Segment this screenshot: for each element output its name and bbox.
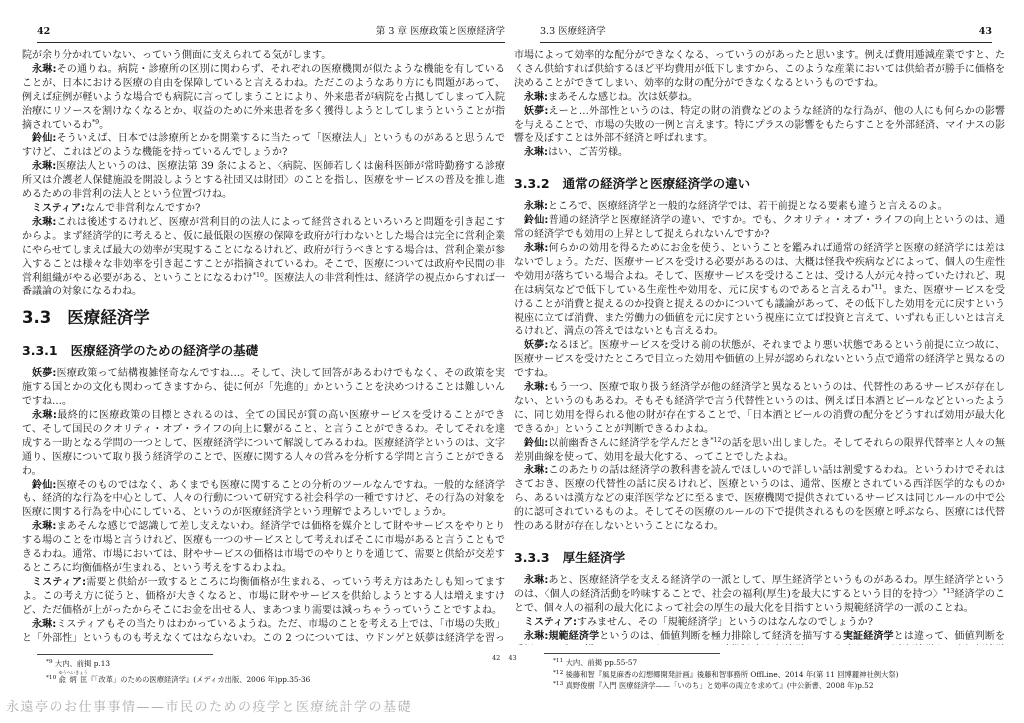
footnotes: *9 大内、前掲 p.13*10 兪 炳 匡ゆうへいきょう『「改革」のための医療… [22, 654, 505, 685]
footnote-mark: *12 [553, 670, 563, 676]
paragraph: 市場によって効率的な配分ができなくなる、っていうのがあったと思います。例えば費用… [514, 49, 1005, 91]
footnote-mark: *9 [46, 659, 53, 665]
speaker-name: 永琳 [524, 631, 544, 642]
footnote: *11 大内、前掲 pp.55-57 [544, 657, 1005, 669]
gutter-page-mark: 42 43 [492, 654, 517, 662]
footnotes: *11 大内、前掲 pp.55-57*12 後藤和智『風見麻香の幻想郷開発計画』… [514, 653, 1005, 692]
section-number: 3.3.2 [514, 176, 550, 191]
dialogue-paragraph: 鈴仙:以前幽香さんに経済学を学んだとき*12の話を思い出しました。そしてそれらの… [514, 437, 1005, 465]
page-42: 42 第 3 章 医療政策と医療経済学 院が余り分かれていない、っていう側面に支… [22, 26, 505, 645]
speaker-name: 永琳 [32, 521, 52, 532]
page-body: 市場によって効率的な配分ができなくなる、っていうのがあったと思います。例えば費用… [514, 49, 1005, 645]
paragraph: 院が余り分かれていない、っていう側面に支えられてる気がします。 [22, 49, 505, 63]
speaker-name: 鈴仙 [32, 133, 52, 144]
dialogue-paragraph: 永琳:あと、医療経済学を支える経済学の一派として、厚生経済学というものがあるわ。… [514, 574, 1005, 616]
section-heading: 3.3.1医療経済学のための経済学の基礎 [22, 343, 505, 358]
dialogue-paragraph: 永琳:はい、ご苦労様。 [514, 146, 1005, 160]
section-heading: 3.3.3厚生経済学 [514, 550, 1005, 565]
dialogue-paragraph: ミスティア:なんで非営利なんですか? [22, 202, 505, 216]
dialogue-paragraph: 永琳:もう一つ、医療で取り扱う経済学が他の経済学と異なるというのは、代替性のある… [514, 381, 1005, 437]
page-number: 42 [37, 26, 50, 38]
footer-book-title: 永遠亭のお仕事事情——市民のための疫学と医療統計学の基礎 [6, 696, 412, 715]
footnote: *9 大内、前掲 p.13 [37, 658, 505, 670]
speaker-name: 永琳 [524, 201, 544, 212]
section-number: 3.3.3 [514, 550, 550, 565]
dialogue-paragraph: 永琳:その通りね。病院・診療所の区別に関わらず、それぞれの医療機関が似たような機… [22, 63, 505, 133]
footnote-rule [544, 653, 720, 654]
speaker-name: ミスティア [32, 577, 82, 588]
speaker-name: 永琳 [32, 161, 52, 172]
page-43: 3.3 医療経済学 43 市場によって効率的な配分ができなくなる、っていうのがあ… [514, 26, 1005, 645]
page-header: 42 第 3 章 医療政策と医療経済学 [37, 26, 505, 43]
footnote-mark: *11 [553, 658, 563, 664]
speaker-name: 妖夢 [524, 106, 544, 117]
running-head: 第 3 章 医療政策と医療経済学 [376, 26, 505, 38]
speaker-name: 永琳 [32, 410, 53, 421]
dialogue-paragraph: 妖夢:えーと…外部性というのは、特定の財の消費などのような経済的な行為が、他の人… [514, 105, 1005, 147]
dialogue-paragraph: 永琳:まあそんな感じね。次は妖夢ね。 [514, 91, 1005, 105]
speaker-name: 永琳 [524, 92, 544, 103]
page-header: 3.3 医療経済学 43 [540, 26, 992, 43]
dialogue-paragraph: 永琳:規範経済学というのは、価値判断を極力排除して経済を描写する実証経済学とは違… [514, 630, 1005, 645]
speaker-name: 永琳 [32, 217, 52, 228]
dialogue-paragraph: 永琳:このあたりの話は経済学の教科書を読んでほしいので詳しい話は割愛するわね。と… [514, 464, 1005, 534]
dialogue-paragraph: 永琳:ところで、医療経済学と一般的な経済学では、若干前提となる要素も違うと言える… [514, 200, 1005, 214]
speaker-name: 鈴仙 [524, 215, 544, 226]
speaker-name: 永琳 [524, 575, 544, 586]
dialogue-paragraph: 永琳:最終的に医療政策の目標とされるのは、全ての国民が質の高い医療サービスを受け… [22, 409, 505, 479]
section-number: 3.3 [22, 308, 51, 327]
dialogue-paragraph: 鈴仙:医療そのものではなく、あくまでも医療に関することの分析のツールなんですね。… [22, 479, 505, 521]
dialogue-paragraph: 永琳:これは後述するけれど、医療が営利目的の法人によって経営されるといろいろと問… [22, 216, 505, 299]
footnote-rule [37, 654, 213, 655]
footnote: *10 兪 炳 匡ゆうへいきょう『「改革」のための医療経済学』(メディカ出版、2… [37, 670, 505, 686]
running-head: 3.3 医療経済学 [540, 26, 606, 38]
speaker-name: 鈴仙 [32, 480, 52, 491]
dialogue-paragraph: 鈴仙:普通の経済学と医療経済学の違い、ですか。でも、クオリティ・オブ・ライフの向… [514, 214, 1005, 242]
speaker-name: ミスティア [32, 203, 81, 214]
dialogue-paragraph: 妖夢:医療政策って結構複雑怪奇なんですね…。そして、決して回答があるわけでもなく… [22, 367, 505, 409]
speaker-name: 鈴仙 [524, 438, 544, 449]
section-title: 通常の経済学と医療経済学の違い [563, 176, 751, 191]
speaker-name: 妖夢 [524, 340, 544, 351]
footnote: *12 後藤和智『風見麻香の幻想郷開発計画』後藤和智事務所 OffLine、20… [544, 669, 1005, 681]
speaker-name: 永琳 [524, 147, 544, 158]
speaker-name: 永琳 [32, 64, 52, 75]
dialogue-paragraph: 永琳:何らかの効用を得るためにお金を使う、ということを鑑みれば通常の経済学と医療… [514, 242, 1005, 339]
footnote-mark: *13 [553, 681, 563, 687]
section-title: 医療経済学 [67, 308, 150, 327]
section-heading: 3.3医療経済学 [22, 308, 505, 327]
dialogue-paragraph: 鈴仙:そういえば、日本では診療所とかを開業するに当たって「医療法人」というものが… [22, 132, 505, 160]
speaker-name: 永琳 [524, 382, 544, 393]
dialogue-paragraph: 妖夢:なるほど。医療サービスを受ける前の状態が、それまでより悪い状態であるという… [514, 339, 1005, 381]
dialogue-paragraph: 永琳:まあそんな感じで認識して差し支えないわ。経済学では価格を媒介として財やサー… [22, 520, 505, 576]
dialogue-paragraph: ミスティア:需要と供給が一致するところに均衡価格が生まれる、っていう考え方はあた… [22, 576, 505, 618]
dialogue-paragraph: ミスティア:すみません、その「規範経済学」というのはなんなのでしょうか? [514, 616, 1005, 630]
section-title: 医療経済学のための経済学の基礎 [71, 343, 259, 358]
footnote-list: *9 大内、前掲 p.13*10 兪 炳 匡ゆうへいきょう『「改革」のための医療… [37, 658, 505, 685]
page-number: 43 [979, 26, 992, 38]
speaker-name: ミスティア [524, 617, 573, 628]
speaker-name: 永琳 [524, 465, 544, 476]
footnote: *13 真野俊樹『入門 医療経済学——「いのち」と効率の両立を求めて』(中公新書… [544, 680, 1005, 692]
section-heading: 3.3.2通常の経済学と医療経済学の違い [514, 176, 1005, 191]
speaker-name: 妖夢 [32, 368, 52, 379]
footnote-list: *11 大内、前掲 pp.55-57*12 後藤和智『風見麻香の幻想郷開発計画』… [544, 657, 1005, 692]
section-title: 厚生経済学 [563, 550, 626, 565]
speaker-name: 永琳 [524, 243, 544, 254]
speaker-name: 永琳 [32, 619, 52, 630]
footnote-mark: *10 [46, 675, 56, 681]
section-number: 3.3.1 [22, 343, 58, 358]
page-body: 院が余り分かれていない、っていう側面に支えられてる気がします。永琳:その通りね。… [22, 49, 505, 645]
dialogue-paragraph: 永琳:医療法人というのは、医療法第 39 条によると、〈病院、医師若しくは歯科医… [22, 160, 505, 202]
dialogue-paragraph: 永琳:ミスティアもその当たりはわかっているようね。ただ、市場のことを考える上では… [22, 618, 505, 645]
